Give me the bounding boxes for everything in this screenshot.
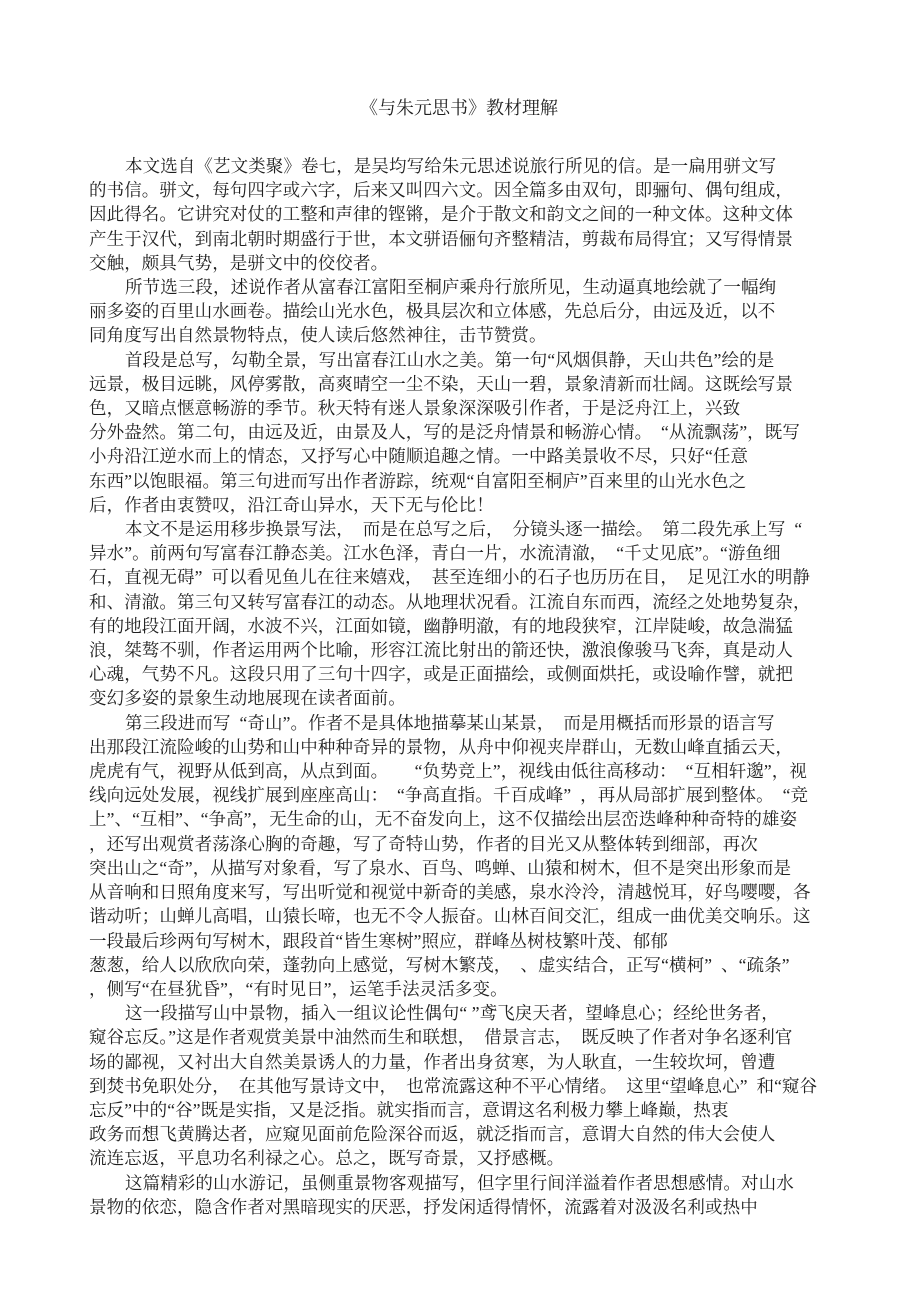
text-line: 一段最后珍两句写树木，跟段首“皆生寒树”照应，群峰丛树枝繁叶茂、郁郁 <box>89 929 829 953</box>
text-line: 浪，桀骜不驯，作者运用两个比喻，形容江流比射出的箭还快，激浪像骏马飞奔，真是动人 <box>89 638 829 662</box>
page: { "document": { "title": "《与朱元思书》教材理解", … <box>0 0 920 1303</box>
text-line: 线向远处发展，视线扩展到座座高山： “争高直指。千百成峰” ，再从局部扩展到整体… <box>89 783 829 807</box>
text-line: 从音响和日照角度来写，写出听觉和视觉中新奇的美感，泉水泠泠，清越悦耳，好鸟嘤嘤，… <box>89 880 829 904</box>
text-line: 景物的依恋，隐含作者对黑暗现实的厌恶，抒发闲适得情怀，流露着对汲汲名利或热中 <box>89 1195 829 1219</box>
text-line: 东西”以饱眼福。第三句进而写出作者游踪，统观“自富阳至桐庐”百来里的山光水色之 <box>89 469 829 493</box>
text-line: 政务而想飞黄腾达者，应窥见面前危险深谷而返，就泛指而言，意谓大自然的伟大会使人 <box>89 1122 829 1146</box>
text-line: 心魂，气势不凡。这段只用了三句十四字，或是正面描绘，或侧面烘托，或设喻作譬，就把 <box>89 662 829 686</box>
paragraph: 第三段进而写 “奇山”。作者不是具体地描摹某山某景， 而是用概括而形景的语言写出… <box>89 711 829 1001</box>
text-line: 所节选三段，述说作者从富春江富阳至桐庐乘舟行旅所见，生动逼真地绘就了一幅绚 <box>89 275 829 299</box>
text-line: 流连忘返，平息功名利禄之心。总之，既写奇景，又抒感概。 <box>89 1146 829 1170</box>
text-line: 虎虎有气，视野从低到高，从点到面。 “负势竞上”，视线由低往高移动： “互相轩邈… <box>89 759 829 783</box>
text-line: 异水”。前两句写富春江静态美。江水色泽，青白一片，水流清澈， “千丈见底”。“游… <box>89 541 829 565</box>
text-line: ，还写出观赏者荡涤心胸的奇趣，写了奇特山势，作者的目光又从整体转到细部，再次 <box>89 832 829 856</box>
text-line: 到焚书免职处分， 在其他写景诗文中， 也常流露这种不平心情绪。 这里“望峰息心”… <box>89 1074 829 1098</box>
text-line: 因此得名。它讲究对仗的工整和声律的铿锵，是介于散文和韵文之间的一种文体。这种文体 <box>89 202 829 226</box>
text-line: 交触，颇具气势，是骈文中的佼佼者。 <box>89 251 829 275</box>
text-line: 远景，极目远眺，风停雾散，高爽晴空一尘不染，天山一碧，景象清新而壮阔。这既绘写景 <box>89 372 829 396</box>
paragraph: 本文不是运用移步换景写法， 而是在总写之后， 分镜头逐一描绘。 第二段先承上写 … <box>89 517 829 711</box>
text-line: 后，作者由衷赞叹，沿江奇山异水，天下无与伦比！ <box>89 493 829 517</box>
document-content: 《与朱元思书》教材理解 本文选自《艺文类聚》卷七，是吴均写给朱元思述说旅行所见的… <box>89 96 829 1219</box>
text-line: 小舟沿江逆水而上的情态，又抒写心中随顺追趣之情。一中路美景收不尽，只好“任意 <box>89 444 829 468</box>
paragraph: 首段是总写，勾勒全景，写出富春江山水之美。第一句“风烟俱静，天山共色”绘的是远景… <box>89 348 829 517</box>
text-line: 忘反”中的“谷”既是实指，又是泛指。就实指而言，意谓这名利极力攀上峰巅，热衷 <box>89 1098 829 1122</box>
paragraph: 所节选三段，述说作者从富春江富阳至桐庐乘舟行旅所见，生动逼真地绘就了一幅绚丽多姿… <box>89 275 829 348</box>
text-line: 产生于汉代，到南北朝时期盛行于世，本文骈语俪句齐整精洁，剪裁布局得宜；又写得情景 <box>89 227 829 251</box>
text-line: 这篇精彩的山水游记，虽侧重景物客观描写，但字里行间洋溢着作者思想感情。对山水 <box>89 1171 829 1195</box>
text-line: 这一段描写山中景物，插入一组议论性偶句“ ”鸢飞戾天者，望峰息心；经纶世务者， <box>89 1001 829 1025</box>
text-line: 首段是总写，勾勒全景，写出富春江山水之美。第一句“风烟俱静，天山共色”绘的是 <box>89 348 829 372</box>
text-line: 有的地段江面开阔，水波不兴，江面如镜，幽静明澈，有的地段狭窄，江岸陡峻，故急湍猛 <box>89 614 829 638</box>
text-line: 变幻多姿的景象生动地展现在读者面前。 <box>89 686 829 710</box>
text-line: 第三段进而写 “奇山”。作者不是具体地描摹某山某景， 而是用概括而形景的语言写 <box>89 711 829 735</box>
text-line: 丽多姿的百里山水画卷。描绘山光水色，极具层次和立体感，先总后分，由远及近，以不 <box>89 299 829 323</box>
text-line: 石，直视无碍” 可以看见鱼儿在往来嬉戏， 甚至连细小的石子也历历在目， 足见江水… <box>89 565 829 589</box>
text-line: 葱葱，给人以欣欣向荣，蓬勃向上感觉，写树木繁茂， 、虚实结合，正写“横柯” 、“… <box>89 953 829 977</box>
text-line: 同角度写出自然景物特点，使人读后悠然神往，击节赞赏。 <box>89 323 829 347</box>
paragraph: 本文选自《艺文类聚》卷七，是吴均写给朱元思述说旅行所见的信。是一扁用骈文写的书信… <box>89 154 829 275</box>
text-line: ，侧写“在昼犹昏”，“有时见日”，运笔手法灵活多变。 <box>89 977 829 1001</box>
text-line: 出那段江流险峻的山势和山中种种奇异的景物，从舟中仰视夹岸群山，无数山峰直插云天， <box>89 735 829 759</box>
text-line: 色，又暗点惬意畅游的季节。秋天特有迷人景象深深吸引作者，于是泛舟江上，兴致 <box>89 396 829 420</box>
text-line: 窥谷忘反。”这是作者观赏美景中油然而生和联想， 借景言志， 既反映了作者对争名逐… <box>89 1025 829 1049</box>
text-line: 本文不是运用移步换景写法， 而是在总写之后， 分镜头逐一描绘。 第二段先承上写 … <box>89 517 829 541</box>
text-line: 本文选自《艺文类聚》卷七，是吴均写给朱元思述说旅行所见的信。是一扁用骈文写 <box>89 154 829 178</box>
text-line: 场的鄙视，又衬出大自然美景诱人的力量，作者出身贫寒，为人耿直，一生较坎坷，曾遭 <box>89 1050 829 1074</box>
paragraph: 这一段描写山中景物，插入一组议论性偶句“ ”鸢飞戾天者，望峰息心；经纶世务者，窥… <box>89 1001 829 1170</box>
text-line: 的书信。骈文，每句四字或六字，后来又叫四六文。因全篇多由双句，即骊句、偶句组成， <box>89 178 829 202</box>
text-line: 上”、“互相”、“争高”，无生命的山，无不奋发向上，这不仅描绘出层峦迭峰种种奇特… <box>89 807 829 831</box>
text-line: 突出山之“奇”，从描写对象看，写了泉水、百鸟、鸣蝉、山猿和树木，但不是突出形象而… <box>89 856 829 880</box>
paragraph: 这篇精彩的山水游记，虽侧重景物客观描写，但字里行间洋溢着作者思想感情。对山水景物… <box>89 1171 829 1219</box>
text-line: 分外盎然。第二句，由远及近，由景及人，写的是泛舟情景和畅游心情。 “从流飘荡”，… <box>89 420 829 444</box>
document-title: 《与朱元思书》教材理解 <box>89 96 829 121</box>
text-line: 和、清澈。第三句又转写富春江的动态。从地理状况看。江流自东而西，流经之处地势复杂… <box>89 590 829 614</box>
document-body: 本文选自《艺文类聚》卷七，是吴均写给朱元思述说旅行所见的信。是一扁用骈文写的书信… <box>89 154 829 1219</box>
text-line: 谐动听；山蝉儿高唱，山猿长啼，也无不令人振奋。山林百间交汇，组成一曲优美交响乐。… <box>89 904 829 928</box>
